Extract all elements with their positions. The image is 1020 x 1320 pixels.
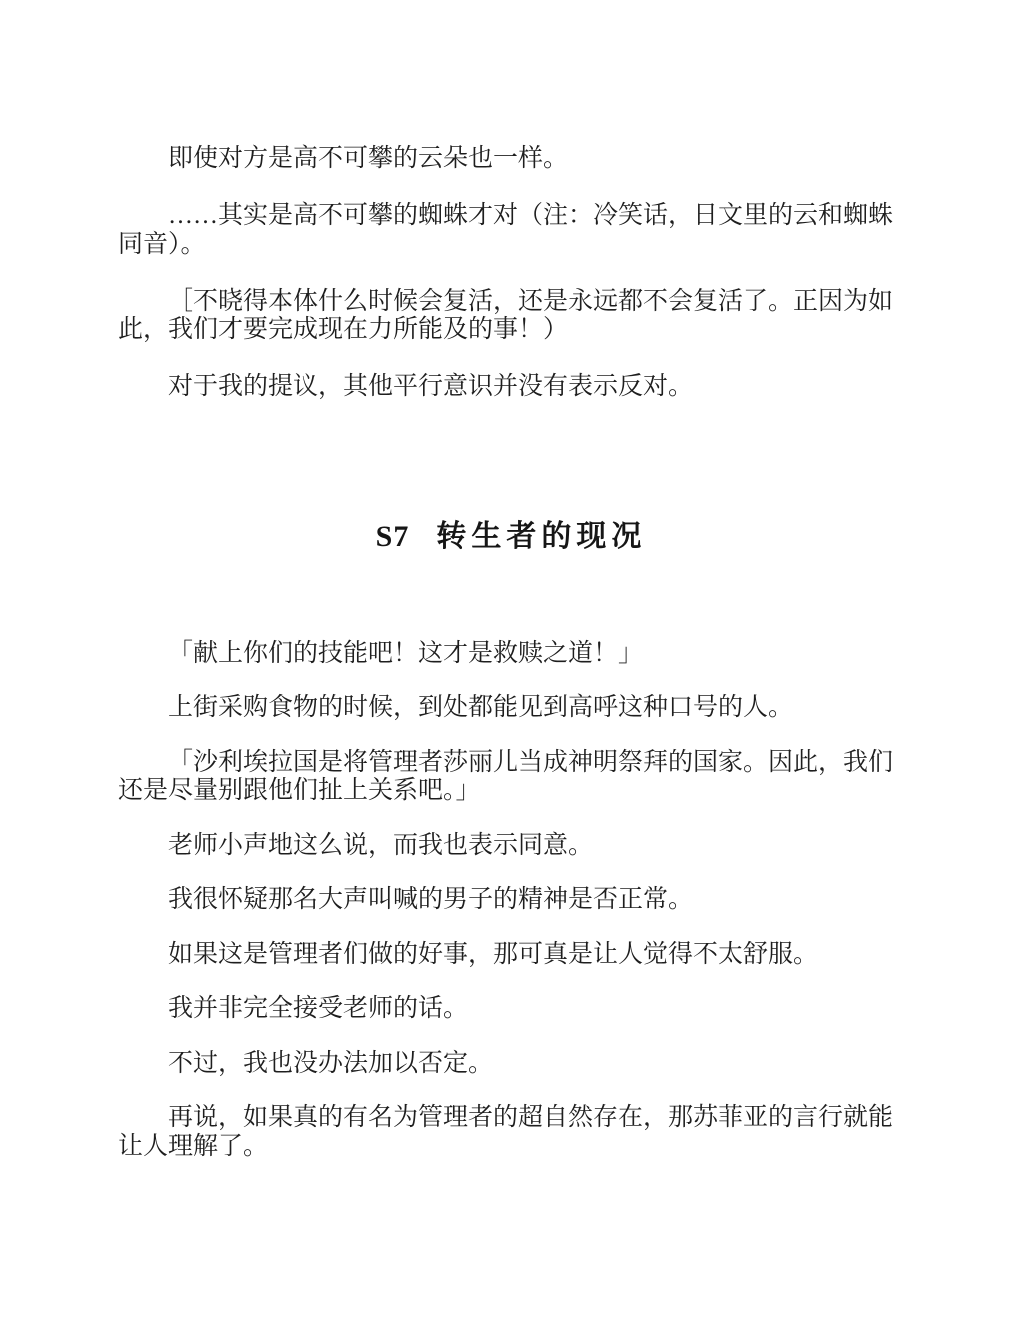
section-heading: S7转生者的现况 xyxy=(118,517,904,557)
section-before-heading: 即使对方是高不可攀的云朵也一样。 ……其实是高不可攀的蜘蛛才对（注：冷笑话，日文… xyxy=(118,145,904,402)
paragraph: 上街采购食物的时候，到处都能见到高呼这种口号的人。 xyxy=(118,694,904,723)
paragraph: 即使对方是高不可攀的云朵也一样。 xyxy=(118,145,904,174)
paragraph: ［不晓得本体什么时候会复活，还是永远都不会复活了。正因为如此，我们才要完成现在力… xyxy=(118,288,904,345)
section-number: S7 xyxy=(376,520,410,553)
section-title: 转生者的现况 xyxy=(436,520,646,553)
paragraph: 不过，我也没办法加以否定。 xyxy=(118,1050,904,1079)
paragraph: 再说，如果真的有名为管理者的超自然存在，那苏菲亚的言行就能让人理解了。 xyxy=(118,1104,904,1161)
paragraph: 我并非完全接受老师的话。 xyxy=(118,995,904,1024)
section-after-heading: 「献上你们的技能吧！这才是救赎之道！」 上街采购食物的时候，到处都能见到高呼这种… xyxy=(118,640,904,1162)
paragraph: 「献上你们的技能吧！这才是救赎之道！」 xyxy=(118,640,904,669)
paragraph: ……其实是高不可攀的蜘蛛才对（注：冷笑话，日文里的云和蜘蛛同音）。 xyxy=(118,202,904,259)
page-content: 即使对方是高不可攀的云朵也一样。 ……其实是高不可攀的蜘蛛才对（注：冷笑话，日文… xyxy=(118,145,904,1187)
document-page: 即使对方是高不可攀的云朵也一样。 ……其实是高不可攀的蜘蛛才对（注：冷笑话，日文… xyxy=(0,0,1020,1320)
paragraph: 我很怀疑那名大声叫喊的男子的精神是否正常。 xyxy=(118,886,904,915)
paragraph: 对于我的提议，其他平行意识并没有表示反对。 xyxy=(118,373,904,402)
paragraph: 「沙利埃拉国是将管理者莎丽儿当成神明祭拜的国家。因此，我们还是尽量别跟他们扯上关… xyxy=(118,749,904,806)
paragraph: 老师小声地这么说，而我也表示同意。 xyxy=(118,832,904,861)
paragraph: 如果这是管理者们做的好事，那可真是让人觉得不太舒服。 xyxy=(118,941,904,970)
